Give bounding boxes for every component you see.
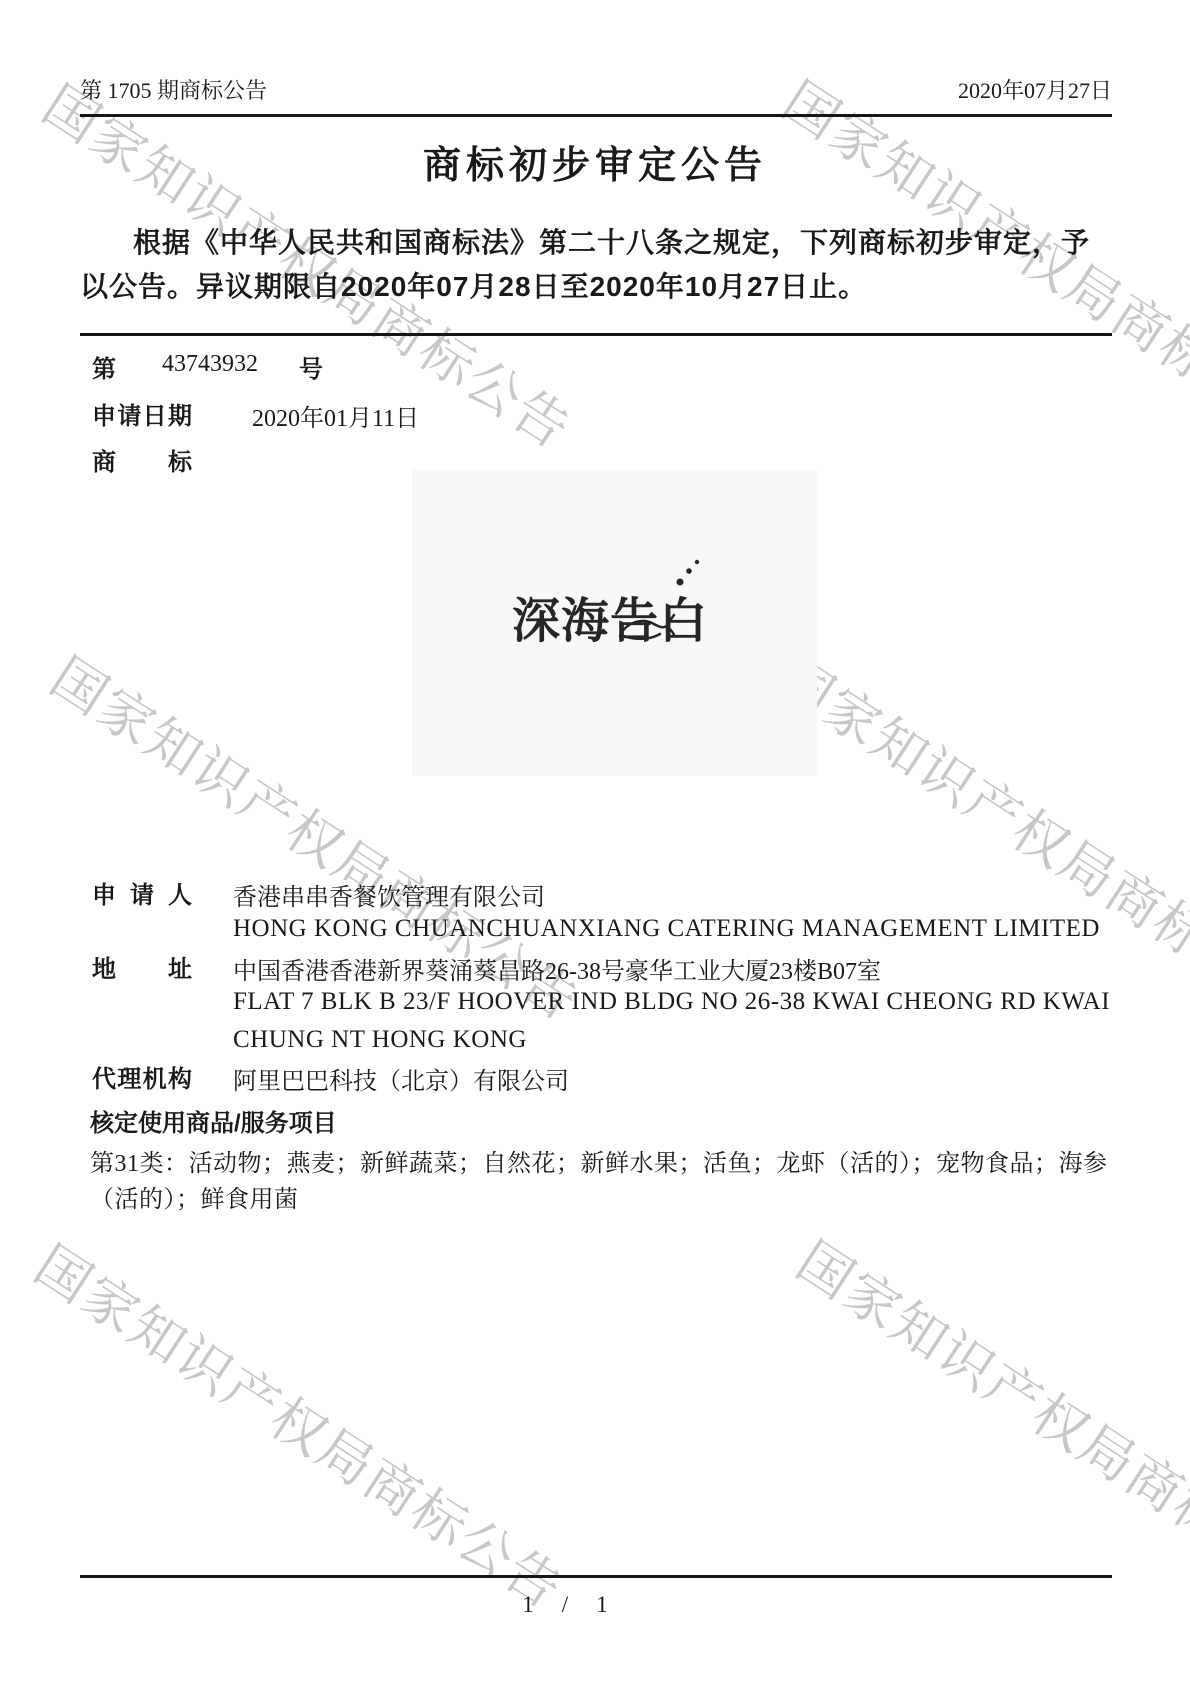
page-number-total: 1	[596, 1592, 608, 1618]
trademark-logo-decoration	[412, 470, 817, 776]
address-en-line2: CHUNG NT HONG KONG	[233, 1026, 527, 1054]
address-en-line1: FLAT 7 BLK B 23/F HOOVER IND BLDG NO 26-…	[233, 988, 1110, 1016]
applicant-name-en: HONG KONG CHUANCHUANXIANG CATERING MANAG…	[233, 915, 1100, 943]
section-divider	[80, 333, 1112, 336]
whale-icon	[620, 615, 674, 639]
header-issue-label: 第 1705 期商标公告	[80, 74, 267, 105]
watermark-text: 国家知识产权局商标公告	[22, 1224, 581, 1624]
page-number-separator: /	[562, 1592, 568, 1618]
address-cn: 中国香港香港新界葵涌葵昌路26-38号豪华工业大厦23楼B07室	[233, 951, 881, 986]
bubbles-icon	[677, 560, 700, 586]
registration-number-suffix: 号	[299, 349, 323, 384]
agent-label: 代理机构	[92, 1059, 192, 1094]
application-date-value: 2020年01月11日	[252, 398, 419, 433]
header-date: 2020年07月27日	[958, 74, 1112, 105]
applicant-label: 申请人	[92, 875, 192, 910]
applicant-name-cn: 香港串串香餐饮管理有限公司	[233, 877, 545, 912]
goods-services-heading: 核定使用商品/服务项目	[90, 1103, 337, 1138]
header-divider	[80, 114, 1112, 117]
footer-divider	[80, 1575, 1112, 1578]
trademark-label: 商标	[92, 442, 192, 477]
watermark-text: 国家知识产权局商标公告	[784, 1220, 1190, 1620]
registration-number: 43743932	[162, 351, 258, 378]
registration-number-prefix: 第	[92, 349, 116, 384]
gazette-page: 国家知识产权局商标公告 国家知识产权局商标公告 国家知识产权局商标公告 国家知识…	[0, 0, 1190, 1684]
goods-services-list: 第31类：活动物；燕麦；新鲜蔬菜；自然花；新鲜水果；活鱼；龙虾（活的）；宠物食品…	[90, 1146, 1114, 1218]
intro-paragraph-line2: 以公告。异议期限自2020年07月28日至2020年10月27日止。	[80, 265, 867, 305]
intro-paragraph-line1: 根据《中华人民共和国商标法》第二十八条之规定，下列商标初步审定，予	[133, 221, 1090, 261]
application-date-label: 申请日期	[92, 396, 192, 431]
page-title: 商标初步审定公告	[0, 134, 1190, 189]
address-label: 地址	[92, 949, 192, 984]
page-number: 1 / 1	[460, 1592, 670, 1618]
agent-name: 阿里巴巴科技（北京）有限公司	[233, 1061, 569, 1096]
trademark-image: 深海告白	[412, 470, 817, 776]
page-number-current: 1	[522, 1592, 534, 1618]
